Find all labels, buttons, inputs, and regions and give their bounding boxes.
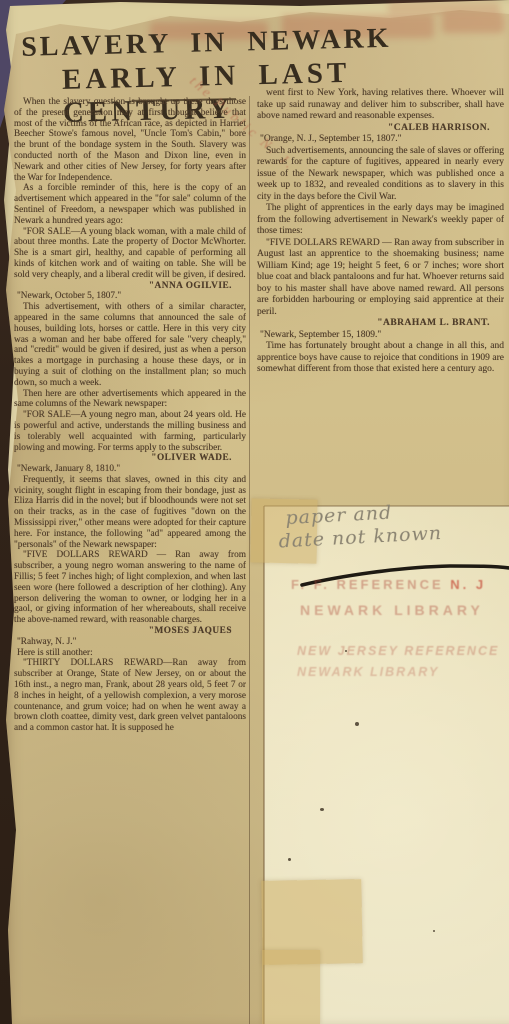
newsprint-paragraph: Frequently, it seems that slaves, owned … — [14, 475, 246, 551]
speck — [288, 858, 291, 861]
speck — [355, 722, 359, 726]
newsprint-paragraph: When the slavery question is brought up … — [14, 97, 246, 183]
tape-patch — [262, 950, 320, 1024]
newsprint-paragraph: went first to New York, having relatives… — [257, 88, 504, 123]
newsprint-paragraph: Then here are other advertisements which… — [14, 389, 246, 411]
newsprint-paragraph: "Newark, September 15, 1809." — [257, 330, 504, 342]
newsprint-paragraph: "FOR SALE—A young black woman, with a ma… — [14, 227, 246, 281]
newsprint-paragraph: "OLIVER WADE. — [14, 453, 246, 464]
newsprint-paragraph: "THIRTY DOLLARS REWARD—Ran away from sub… — [14, 658, 246, 734]
newsprint-paragraph: Such advertisements, announcing the sale… — [257, 146, 504, 204]
newsprint-paragraph: "Orange, N. J., September 15, 1807." — [257, 134, 504, 146]
speck — [345, 650, 347, 652]
speck — [433, 930, 435, 932]
newsprint-paragraph: "FOR SALE—A young negro man, about 24 ye… — [14, 410, 246, 453]
newsprint-paragraph: "CALEB HARRISON. — [257, 123, 504, 135]
library-stamp-nj-reference: NEW JERSEY REFERENCE — [297, 644, 499, 658]
faded-stamp-smudge — [388, 2, 500, 14]
newsprint-paragraph: "ABRAHAM L. BRANT. — [257, 318, 504, 330]
newsprint-paragraph: This advertisement, with others of a sim… — [14, 302, 246, 388]
newsprint-paragraph: "ANNA OGILVIE. — [14, 281, 246, 292]
newsprint-paragraph: Here is still another: — [14, 648, 246, 659]
newsprint-paragraph: "FIVE DOLLARS REWARD — Ran away from sub… — [14, 550, 246, 626]
scanned-clipping-page: SLAVERY IN NEWARK EARLY IN LAST CENTURY … — [0, 0, 509, 1024]
library-stamp-newark: NEWARK LIBRARY — [300, 602, 484, 618]
newsprint-paragraph: The plight of apprentices in the early d… — [257, 203, 504, 238]
pencil-note: paper and date not known — [285, 499, 443, 553]
newsprint-paragraph: "Newark, January 8, 1810." — [14, 464, 246, 475]
library-stamp-newark-2: NEWARK LIBRARY — [297, 665, 439, 679]
newsprint-paragraph: Time has fortunately brought about a cha… — [257, 341, 504, 376]
newsprint-paragraph: "FIVE DOLLARS REWARD — Ran away from sub… — [257, 238, 504, 319]
stamp-text-bold: N. J — [450, 577, 486, 592]
stamp-text: F. F. REFERENCE — [291, 577, 444, 592]
newsprint-paragraph: "MOSES JAQUES — [14, 626, 246, 637]
newsprint-column-right: went first to New York, having relatives… — [257, 88, 504, 506]
newsprint-paragraph: "Rahway, N. J." — [14, 637, 246, 648]
newsprint-paragraph: "Newark, October 5, 1807." — [14, 291, 246, 302]
newsprint-paragraph: As a forcible reminder of this, here is … — [14, 183, 246, 226]
newsprint-column-left: When the slavery question is brought up … — [14, 97, 246, 1024]
speck — [320, 808, 324, 811]
library-stamp-reference: F. F. REFERENCE N. J — [291, 577, 486, 592]
